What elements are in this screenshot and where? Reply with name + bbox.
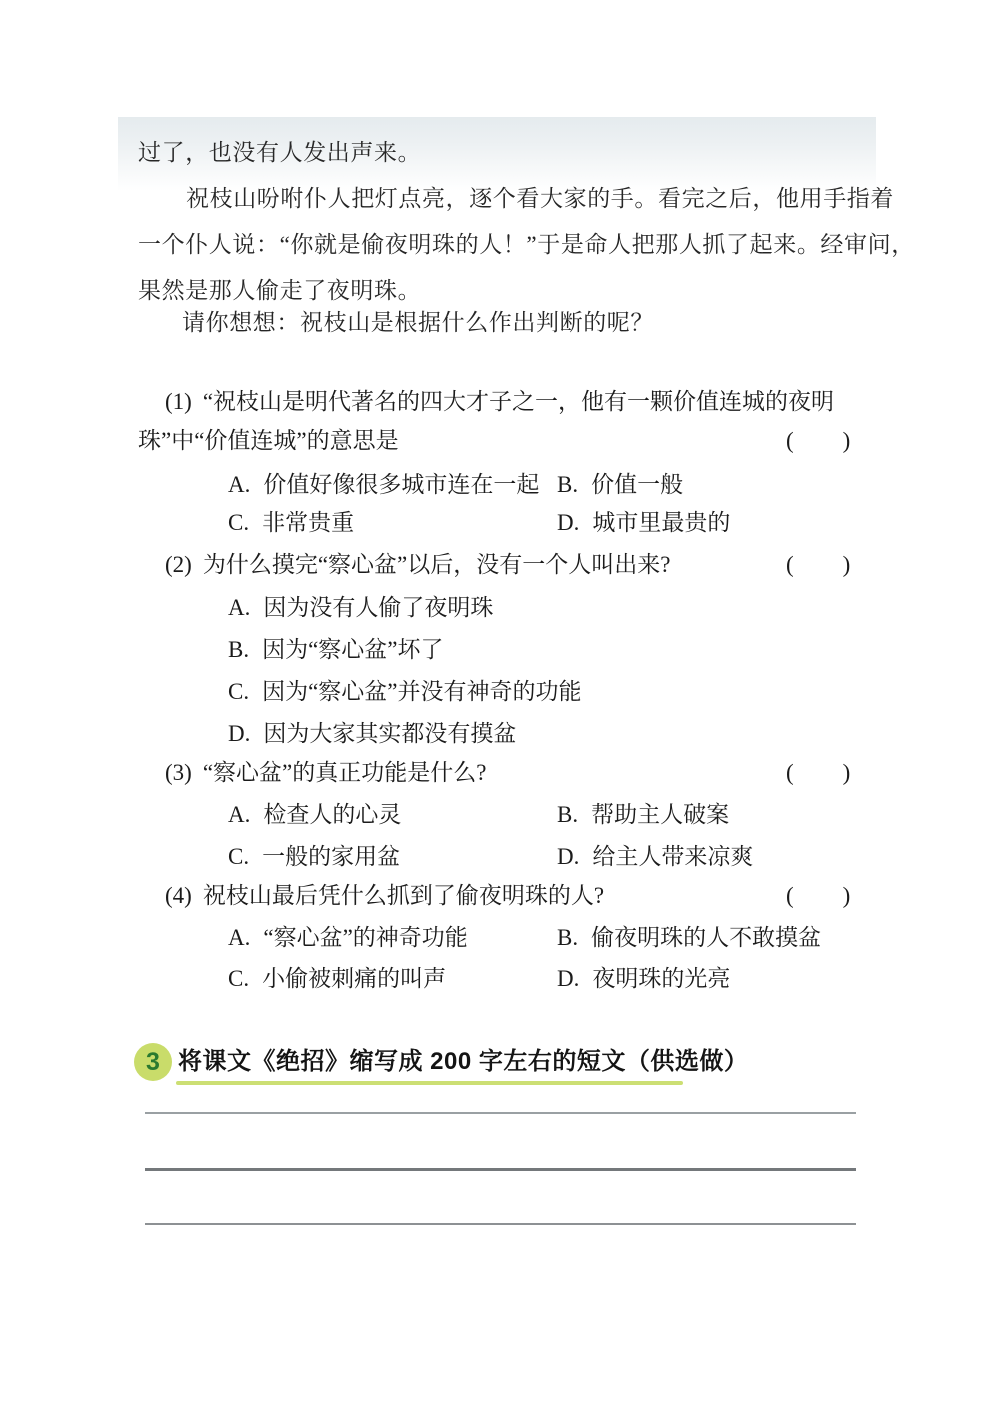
option-text: 夜明珠的光亮: [592, 966, 730, 991]
option-text: 因为没有人偷了夜明珠: [263, 595, 493, 620]
option-label: D.: [228, 721, 250, 746]
question-1-number: (1): [165, 389, 192, 414]
option-text: 给主人带来凉爽: [592, 844, 753, 869]
question-2-answer-blank: ( ): [786, 553, 851, 576]
option-text: 价值一般: [591, 472, 683, 497]
writing-line: [145, 1168, 856, 1171]
option-label: B.: [557, 802, 578, 827]
question-3-option-c: C.一般的家用盆: [228, 845, 400, 868]
question-3-option-b: B.帮助主人破案: [557, 803, 729, 826]
option-text: “察心盆”的神奇功能: [263, 925, 467, 950]
option-label: A.: [228, 472, 250, 497]
option-label: A.: [228, 802, 250, 827]
writing-line: [145, 1223, 856, 1225]
task-3-title: 将课文《绝招》缩写成 200 字左右的短文（供选做）: [178, 1048, 748, 1077]
option-label: A.: [228, 595, 250, 620]
question-1-line-2: 珠”中“价值连城”的意思是: [138, 429, 399, 452]
story-line: 过了，也没有人发出声来。: [138, 141, 421, 164]
option-label: C.: [228, 844, 249, 869]
question-2-number: (2): [165, 552, 192, 577]
question-3-option-a: A.检查人的心灵: [228, 803, 401, 826]
question-2-option-d: D.因为大家其实都没有摸盆: [228, 722, 516, 745]
option-text: 因为大家其实都没有摸盆: [263, 721, 516, 746]
option-label: B.: [557, 472, 578, 497]
option-text: 偷夜明珠的人不敢摸盆: [591, 925, 821, 950]
question-4-line: (4)祝枝山最后凭什么抓到了偷夜明珠的人?: [165, 884, 604, 907]
question-2-line: (2)为什么摸完“察心盆”以后，没有一个人叫出来?: [165, 553, 670, 576]
question-3-line: (3)“察心盆”的真正功能是什么?: [165, 761, 486, 784]
question-4-option-d: D.夜明珠的光亮: [557, 967, 730, 990]
question-4-text: 祝枝山最后凭什么抓到了偷夜明珠的人?: [203, 883, 604, 908]
option-label: B.: [228, 637, 249, 662]
option-label: D.: [557, 966, 579, 991]
question-2-option-c: C.因为“察心盆”并没有神奇的功能: [228, 680, 582, 703]
question-4-number: (4): [165, 883, 192, 908]
question-1-answer-blank: ( ): [786, 429, 851, 452]
option-text: 小偷被刺痛的叫声: [262, 966, 446, 991]
question-3-number: (3): [165, 760, 192, 785]
option-text: 价值好像很多城市连在一起: [263, 472, 539, 497]
option-label: D.: [557, 844, 579, 869]
option-text: 因为“察心盆”并没有神奇的功能: [262, 679, 581, 704]
option-text: 因为“察心盆”坏了: [262, 637, 443, 662]
question-3-option-d: D.给主人带来凉爽: [557, 845, 753, 868]
question-1-line-1: (1)“祝枝山是明代著名的四大才子之一，他有一颗价值连城的夜明: [165, 390, 834, 413]
question-3-text: “察心盆”的真正功能是什么?: [203, 760, 487, 785]
question-1-text: “祝枝山是明代著名的四大才子之一，他有一颗价值连城的夜明: [203, 389, 834, 414]
option-label: A.: [228, 925, 250, 950]
option-text: 城市里最贵的: [592, 510, 730, 535]
option-label: D.: [557, 510, 579, 535]
question-1-option-b: B.价值一般: [557, 473, 683, 496]
question-2-option-a: A.因为没有人偷了夜明珠: [228, 596, 493, 619]
option-label: B.: [557, 925, 578, 950]
option-text: 一般的家用盆: [262, 844, 400, 869]
story-line: 祝枝山吩咐仆人把灯点亮，逐个看大家的手。看完之后，他用手指着: [186, 187, 894, 210]
option-text: 检查人的心灵: [263, 802, 401, 827]
question-1-option-d: D.城市里最贵的: [557, 511, 730, 534]
question-2-option-b: B.因为“察心盆”坏了: [228, 638, 444, 661]
option-text: 非常贵重: [262, 510, 354, 535]
story-line: 一个仆人说：“你就是偷夜明珠的人！”于是命人把那人抓了起来。经审问，: [138, 233, 915, 256]
option-label: C.: [228, 966, 249, 991]
story-line: 果然是那人偷走了夜明珠。: [138, 279, 421, 302]
option-label: C.: [228, 510, 249, 535]
question-4-option-b: B.偷夜明珠的人不敢摸盆: [557, 926, 821, 949]
task-3-title-underline: [176, 1081, 683, 1085]
task-3-number-badge: 3: [134, 1043, 172, 1081]
question-1-option-a: A.价值好像很多城市连在一起: [228, 473, 539, 496]
writing-line: [145, 1112, 856, 1114]
question-4-option-a: A.“察心盆”的神奇功能: [228, 926, 468, 949]
option-text: 帮助主人破案: [591, 802, 729, 827]
question-2-text: 为什么摸完“察心盆”以后，没有一个人叫出来?: [203, 552, 671, 577]
option-label: C.: [228, 679, 249, 704]
story-line: 请你想想：祝枝山是根据什么作出判断的呢？: [182, 311, 654, 334]
question-3-answer-blank: ( ): [786, 761, 851, 784]
question-4-option-c: C.小偷被刺痛的叫声: [228, 967, 446, 990]
question-1-option-c: C.非常贵重: [228, 511, 354, 534]
question-4-answer-blank: ( ): [786, 884, 851, 907]
